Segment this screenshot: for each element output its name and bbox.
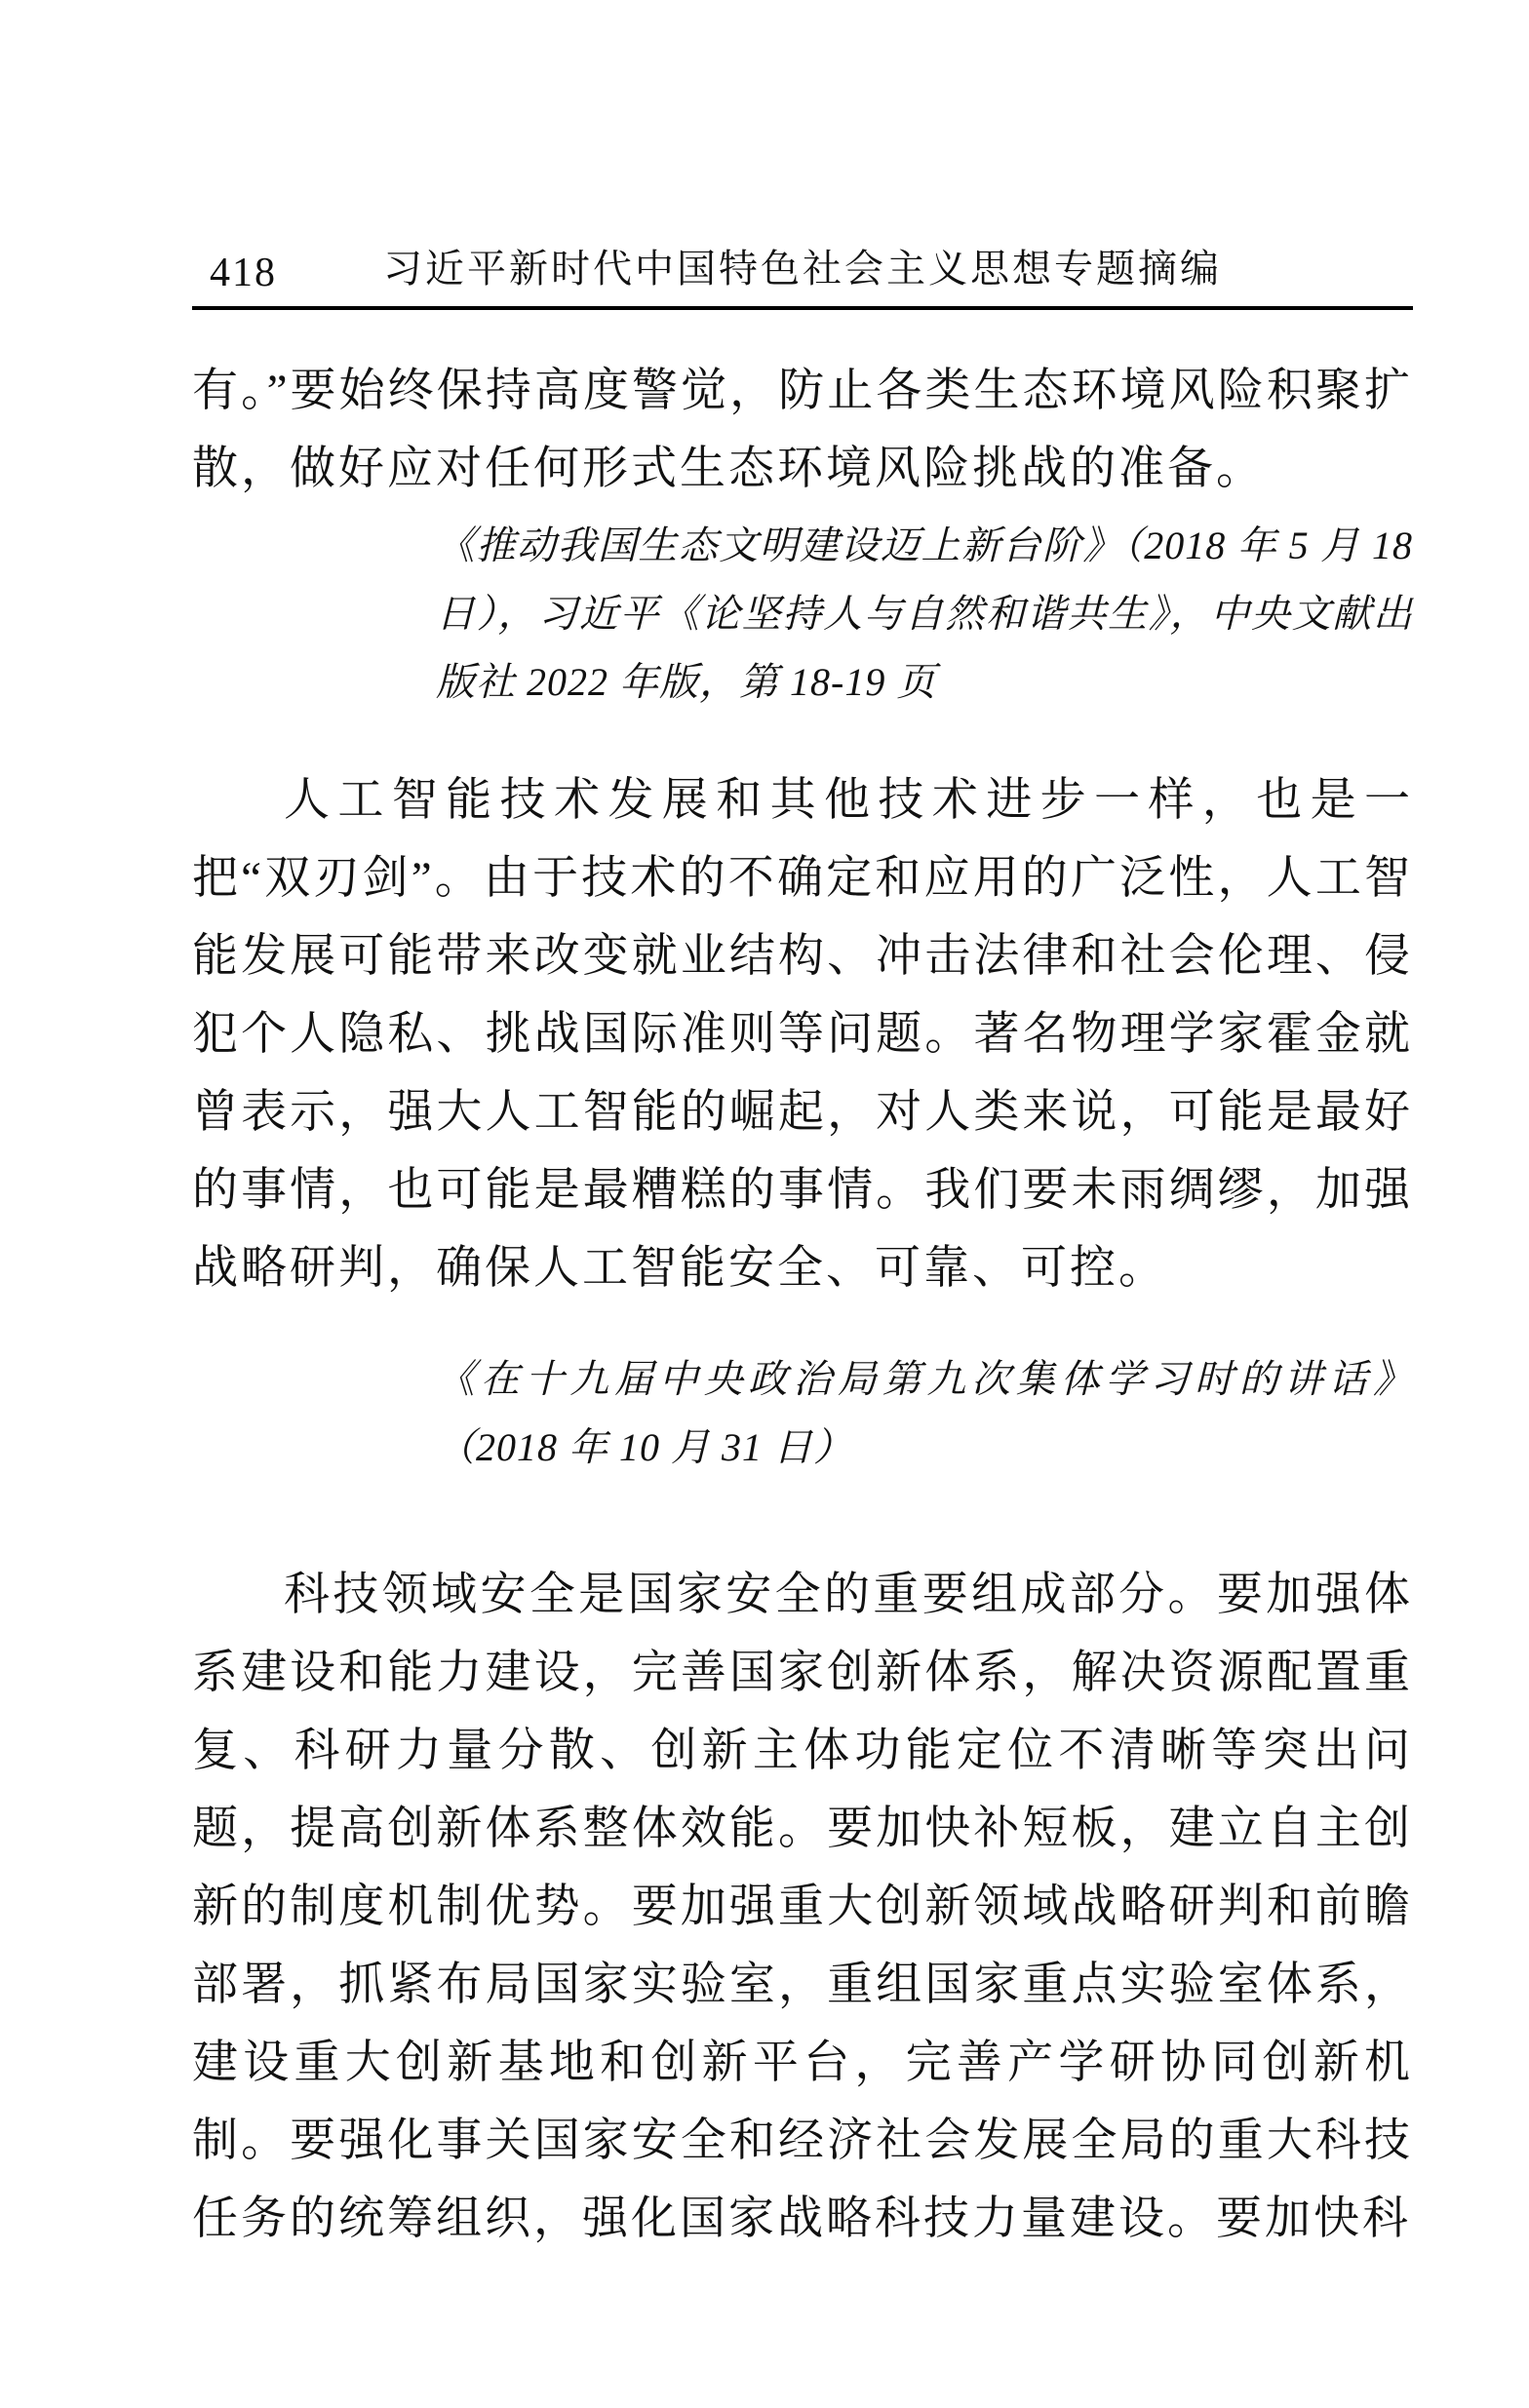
citation-source-1: 《推动我国生态文明建设迈上新台阶》（2018 年 5 月 18 日），习近平《论… (436, 512, 1413, 717)
running-title: 习近平新时代中国特色社会主义思想专题摘编 (192, 242, 1413, 292)
paragraph-continuation: 有。”要始终保持高度警觉，防止各类生态环境风险积聚扩散，做好应对任何形式生态环境… (192, 352, 1413, 508)
page-header: 418 习近平新时代中国特色社会主义思想专题摘编 (192, 242, 1413, 306)
book-page: 418 习近平新时代中国特色社会主义思想专题摘编 有。”要始终保持高度警觉，防止… (0, 0, 1529, 2408)
paragraph-science-security: 科技领域安全是国家安全的重要组成部分。要加强体系建设和能力建设，完善国家创新体系… (192, 1556, 1413, 2258)
page-number: 418 (210, 250, 277, 296)
page-content: 418 习近平新时代中国特色社会主义思想专题摘编 有。”要始终保持高度警觉，防止… (192, 242, 1413, 2258)
paragraph-ai: 人工智能技术发展和其他技术进步一样，也是一把“双刃剑”。由于技术的不确定和应用的… (192, 761, 1413, 1307)
header-rule (192, 306, 1413, 310)
citation-source-2: 《在十九届中央政治局第九次集体学习时的讲话》（2018 年 10 月 31 日） (436, 1345, 1413, 1482)
